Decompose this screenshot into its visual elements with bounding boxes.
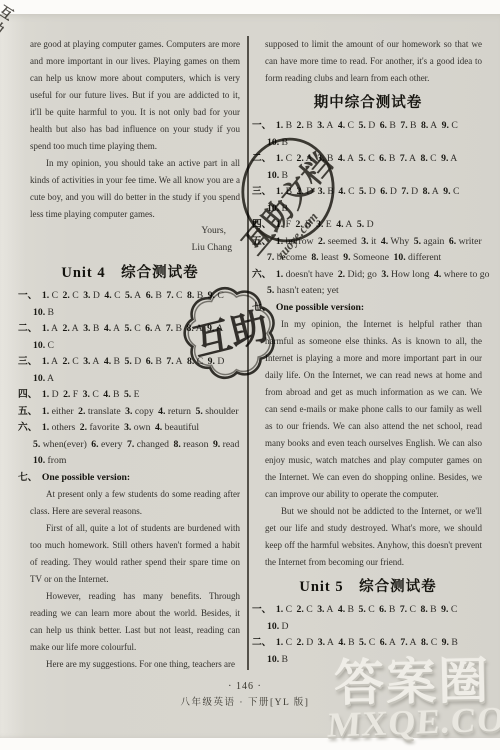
answer-item: 7. C [166, 288, 182, 305]
answer-item: 6. B [379, 602, 395, 619]
answer-item: 8. B [420, 602, 436, 619]
answer-row-continuation: 7. become8. least9. Someone10. different [252, 250, 484, 267]
answer-row: 六、1. others2. favorite3. own4. beautiful [18, 420, 242, 437]
answer-item: 4. where to go [434, 267, 489, 284]
answer-item: 2. Did; go [338, 267, 377, 284]
answer-item: 10. B [267, 652, 288, 669]
answer-item: 8. B [187, 288, 203, 305]
answer-item: 4. return [158, 404, 191, 421]
answer-item: 1. C [276, 151, 292, 168]
section-marker: 二、 [252, 635, 271, 652]
answer-item: 3. E [316, 217, 332, 234]
answer-item: 10. B [33, 305, 54, 322]
answer-item: 8. A [423, 184, 439, 201]
unit5-heading: Unit 5 综合测试卷 [252, 577, 484, 597]
answer-item: 1. C [276, 602, 292, 619]
signature-name: Liu Chang [18, 240, 242, 257]
answer-item: 3. A [318, 635, 334, 652]
answer-item: 10. D [267, 619, 289, 636]
answer-item: 2. F [63, 387, 78, 404]
answer-item: 7. B [400, 118, 416, 135]
answer-item: 9. D [208, 354, 225, 371]
answer-item: 7. A [166, 354, 182, 371]
answer-item: 6. every [91, 437, 122, 454]
answer-item: 9. C [208, 288, 224, 305]
section-marker: 一、 [252, 602, 271, 619]
answer-item: 2. translate [78, 404, 121, 421]
answer-item: 7. D [401, 184, 418, 201]
site-watermark: MXQE.COM [326, 698, 500, 745]
answer-item: 2. C [63, 354, 79, 371]
answer-item: 1. F [276, 217, 291, 234]
left-column: are good at playing computer games. Comp… [18, 36, 242, 673]
answer-item: 1. borrow [276, 234, 314, 251]
answer-item: 10. from [33, 453, 66, 470]
section-marker: 七、 [18, 470, 37, 487]
essay-paragraph: supposed to limit the amount of our home… [265, 36, 482, 87]
answer-item: 1. either [42, 404, 74, 421]
unit4-heading: Unit 4 综合测试卷 [18, 263, 242, 283]
answer-item: 3. How long [381, 267, 429, 284]
answer-item: 4. A [336, 217, 352, 234]
answer-item: 2. B [297, 118, 313, 135]
answer-item: 10. B [267, 135, 288, 152]
answer-item: 2. A [297, 151, 313, 168]
answer-item: 2. favorite [80, 420, 120, 437]
answer-item: 7. become [267, 250, 307, 267]
answer-item: 10. B [267, 201, 288, 218]
answer-item: 4. A [104, 321, 120, 338]
answer-item: 3. own [124, 420, 150, 437]
answer-item: 2. A [63, 321, 79, 338]
section-marker: 四、 [252, 217, 271, 234]
answer-item: 3. B [317, 151, 333, 168]
section-marker: 六、 [18, 420, 37, 437]
answer-item: 4. C [338, 118, 354, 135]
right-column: supposed to limit the amount of our home… [252, 36, 484, 668]
answer-item: 9. C [441, 602, 457, 619]
section-marker: 二、 [18, 321, 37, 338]
section-marker: 五、 [252, 234, 271, 251]
answer-item: 9. read [213, 437, 239, 454]
essay-paragraph: At present only a few students do some r… [30, 486, 240, 520]
answer-item: 3. B [83, 321, 99, 338]
answer-item: 4. A [338, 151, 354, 168]
answer-row: 二、1. A2. A3. B4. A5. C6. A7. B8. A9. A [18, 321, 242, 338]
answer-item: 6. D [380, 184, 397, 201]
answer-item: 4. C [104, 288, 120, 305]
answer-row-continuation: 10. B [252, 135, 484, 152]
answer-item: 5. C [359, 151, 375, 168]
answer-row-continuation: 10. D [252, 619, 484, 636]
answer-row-continuation: 10. B [252, 201, 484, 218]
answer-item: 10. different [394, 250, 442, 267]
answer-item: 10. A [33, 371, 54, 388]
answer-row-continuation: 10. B [252, 168, 484, 185]
answer-row: 三、1. A2. C3. A4. B5. D6. B7. A8. C9. D [18, 354, 242, 371]
answer-item: 8. C [187, 354, 203, 371]
answer-item: 1. D [42, 387, 59, 404]
answer-item: 5. E [124, 387, 140, 404]
midterm-heading: 期中综合测试卷 [252, 93, 484, 113]
answer-item: 4. beautiful [155, 420, 199, 437]
answer-item: 1. B [276, 118, 292, 135]
answer-item: 5. C [125, 321, 141, 338]
answer-item: 3. D [83, 288, 100, 305]
answer-item: 3. it [361, 234, 376, 251]
answer-item: 7. C [400, 602, 416, 619]
answer-item: 9. Someone [343, 250, 389, 267]
answer-item: 3. copy [125, 404, 154, 421]
answer-item: 3. A [317, 602, 333, 619]
answer-item: 2. seemed [318, 234, 357, 251]
answer-item: 7. B [166, 321, 182, 338]
answer-row-continuation: 10. A [18, 371, 242, 388]
answer-item: 5. hasn't eaten; yet [267, 283, 339, 300]
answer-item: 10. B [267, 168, 288, 185]
section-label: One possible version: [276, 300, 364, 317]
essay-continuation-right: supposed to limit the amount of our home… [252, 36, 484, 87]
answer-item: 1. B [276, 184, 292, 201]
essay-paragraph: In my opinion, the Internet is helpful r… [265, 316, 482, 503]
essay-paragraph: are good at playing computer games. Comp… [30, 36, 240, 155]
answer-item: 5. shoulder [196, 404, 239, 421]
answer-item: 7. changed [127, 437, 169, 454]
answer-row: 七、One possible version: [252, 300, 484, 317]
section-marker: 一、 [252, 118, 271, 135]
answer-item: 8. least [311, 250, 338, 267]
answer-item: 10. C [33, 338, 54, 355]
answer-item: 9. C [442, 118, 458, 135]
answer-item: 3. B [318, 184, 334, 201]
answer-item: 6. A [145, 321, 161, 338]
answer-row: 四、1. F2. B3. E4. A5. D [252, 217, 484, 234]
answer-row: 一、1. C2. C3. D4. C5. A6. B7. C8. B9. C [18, 288, 242, 305]
answer-item: 6. writer [449, 234, 482, 251]
answer-item: 6. B [379, 151, 395, 168]
answer-row-continuation: 10. C [18, 338, 242, 355]
answer-item: 1. A [42, 354, 58, 371]
answer-item: 1. C [42, 288, 58, 305]
answer-item: 5. C [359, 602, 375, 619]
section-marker: 五、 [18, 404, 37, 421]
answer-item: 1. doesn't have [276, 267, 333, 284]
answer-item: 4. Why [381, 234, 409, 251]
answer-row-continuation: 10. B [18, 305, 242, 322]
answer-item: 2. C [63, 288, 79, 305]
answer-item: 8. C [420, 151, 436, 168]
unit4-essay: At present only a few students do some r… [18, 486, 242, 673]
answer-row: 五、1. borrow2. seemed3. it4. Why5. again6… [252, 234, 484, 251]
essay-paragraph: First of all, quite a lot of students ar… [30, 520, 240, 588]
answer-item: 7. A [400, 151, 416, 168]
unit4-answer-key: 一、1. C2. C3. D4. C5. A6. B7. C8. B9. C10… [18, 288, 242, 486]
answer-item: 2. B [295, 217, 311, 234]
answer-item: 9. A [207, 321, 223, 338]
answer-row: 六、1. doesn't have2. Did; go3. How long4.… [252, 267, 484, 284]
answer-item: 4. B [338, 602, 354, 619]
midterm-answer-key: 一、1. B2. B3. A4. C5. D6. B7. B8. A9. C10… [252, 118, 484, 316]
answer-row: 四、1. D2. F3. C4. B5. E [18, 387, 242, 404]
answer-item: 5. when(ever) [33, 437, 87, 454]
section-marker: 六、 [252, 267, 271, 284]
answer-item: 4. B [104, 354, 120, 371]
answer-item: 3. A [83, 354, 99, 371]
answer-row-continuation: 5. when(ever)6. every7. changed8. reason… [18, 437, 242, 454]
answer-item: 5. again [414, 234, 445, 251]
essay-paragraph: But we should not be addicted to the Int… [265, 503, 482, 571]
answer-item: 4. C [338, 184, 354, 201]
answer-item: 5. D [359, 184, 376, 201]
answer-item: 1. others [42, 420, 75, 437]
answer-row-continuation: 10. from [18, 453, 242, 470]
answer-item: 6. B [146, 288, 162, 305]
answer-item: 6. B [380, 118, 396, 135]
answer-item: 1. C [276, 635, 292, 652]
answer-item: 3. C [83, 387, 99, 404]
answer-item: 8. reason [173, 437, 208, 454]
essay-paragraph: However, reading has many benefits. Thro… [30, 588, 240, 656]
answer-row: 五、1. either2. translate3. copy4. return5… [18, 404, 242, 421]
essay-paragraph: Here are my suggestions. For one thing, … [30, 656, 240, 673]
answer-row: 七、One possible version: [18, 470, 242, 487]
answer-item: 2. D [297, 184, 314, 201]
column-divider-rule [247, 36, 249, 670]
section-marker: 二、 [252, 151, 271, 168]
section-marker: 七、 [252, 300, 271, 317]
answer-item: 6. B [146, 354, 162, 371]
midterm-essay: In my opinion, the Internet is helpful r… [252, 316, 484, 571]
essay-continuation: are good at playing computer games. Comp… [18, 36, 242, 223]
answer-row: 三、1. B2. D3. B4. C5. D6. D7. D8. A9. C [252, 184, 484, 201]
answer-row: 一、1. C2. C3. A4. B5. C6. B7. C8. B9. C [252, 602, 484, 619]
section-marker: 三、 [18, 354, 37, 371]
answer-item: 1. A [42, 321, 58, 338]
answer-item: 5. D [359, 118, 376, 135]
answer-row-continuation: 5. hasn't eaten; yet [252, 283, 484, 300]
answer-item: 5. D [125, 354, 142, 371]
answer-item: 5. A [125, 288, 141, 305]
answer-item: 2. C [297, 602, 313, 619]
section-marker: 三、 [252, 184, 271, 201]
answer-item: 9. C [443, 184, 459, 201]
answer-row: 二、1. C2. A3. B4. A5. C6. B7. A8. C9. A [252, 151, 484, 168]
answer-item: 8. A [186, 321, 202, 338]
essay-paragraph: In my opinion, you should take an active… [30, 155, 240, 223]
answer-item: 3. A [317, 118, 333, 135]
answer-item: 2. D [297, 635, 314, 652]
answer-item: 8. A [421, 118, 437, 135]
section-label: One possible version: [42, 470, 130, 487]
section-marker: 一、 [18, 288, 37, 305]
signature-yours: Yours, [18, 223, 242, 240]
answer-item: 9. A [441, 151, 457, 168]
answer-item: 4. B [103, 387, 119, 404]
answer-item: 5. D [357, 217, 374, 234]
section-marker: 四、 [18, 387, 37, 404]
answer-row: 一、1. B2. B3. A4. C5. D6. B7. B8. A9. C [252, 118, 484, 135]
